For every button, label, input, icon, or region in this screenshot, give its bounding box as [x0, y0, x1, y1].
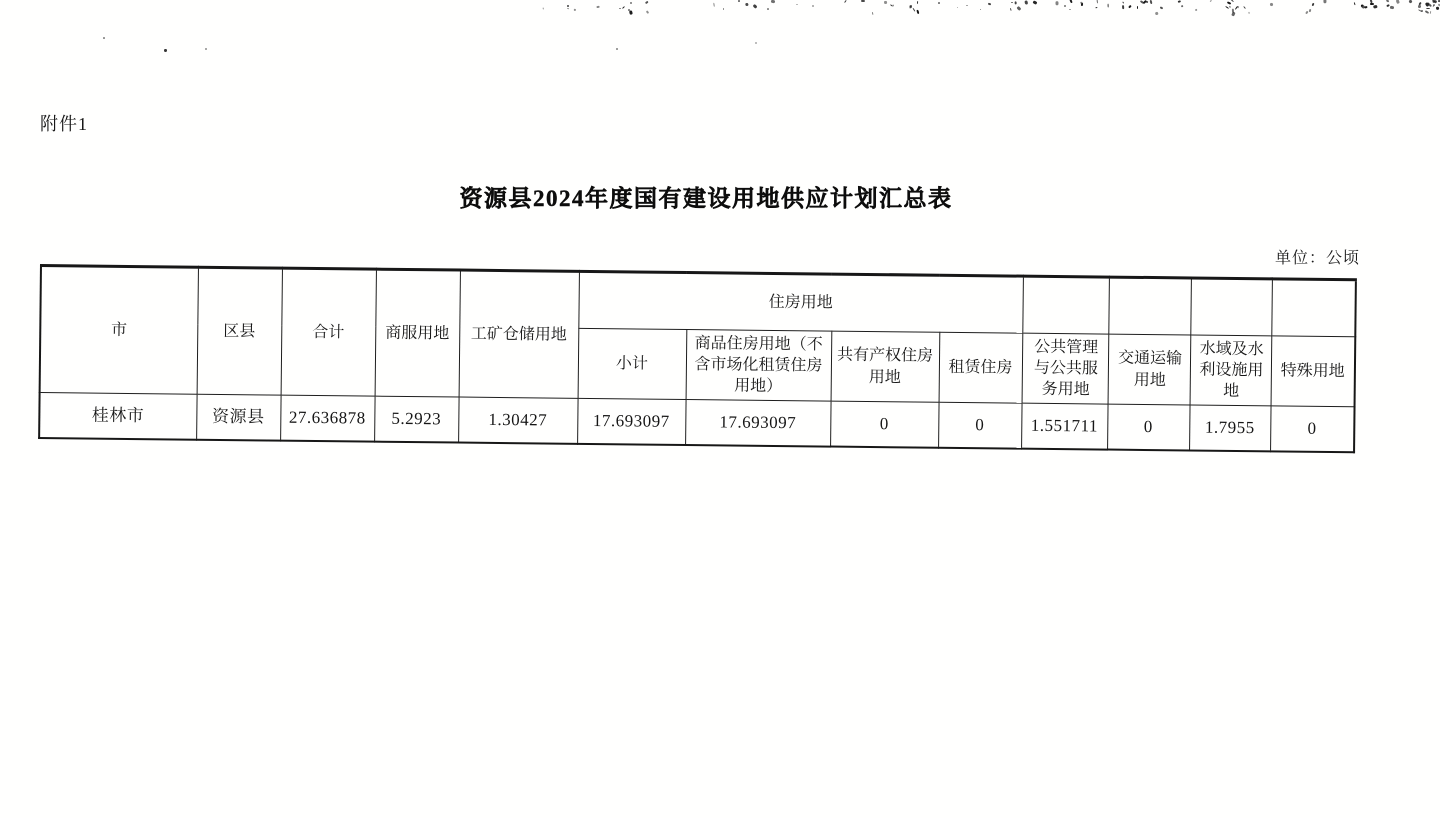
cell-county: 资源县 — [196, 394, 280, 440]
header-cell-empty-1 — [1022, 276, 1109, 334]
header-cell-transport: 交通运输用地 — [1108, 334, 1191, 405]
cell-city: 桂林市 — [39, 393, 196, 440]
cell-total: 27.636878 — [280, 395, 374, 441]
unit-label: 单位：公顷 — [1275, 245, 1360, 268]
header-cell-water: 水域及水利设施用地 — [1190, 335, 1272, 406]
cell-water: 1.7955 — [1189, 405, 1270, 451]
header-cell-county: 区县 — [197, 267, 282, 395]
header-group-housing: 住房用地 — [578, 271, 1023, 333]
cell-shared-ownership: 0 — [830, 401, 938, 447]
page-title: 资源县2024年度国有建设用地供应计划汇总表 — [0, 180, 1412, 213]
header-cell-commodity-housing: 商品住房用地（不含市场化租赁住房用地） — [686, 329, 832, 401]
header-cell-housing-subtotal: 小计 — [578, 328, 687, 399]
header-row-top: 市 区县 合计 商服用地 工矿仓储用地 住房用地 — [40, 266, 1356, 337]
header-cell-empty-4 — [1271, 279, 1356, 337]
cell-commodity-housing: 17.693097 — [685, 399, 830, 446]
scanned-page: 附件1 资源县2024年度国有建设用地供应计划汇总表 单位：公顷 市 区县 合计… — [0, 0, 1440, 818]
header-cell-empty-2 — [1108, 277, 1191, 335]
header-cell-total: 合计 — [281, 268, 376, 396]
cell-transport: 0 — [1107, 404, 1189, 450]
cell-rental-housing: 0 — [938, 402, 1021, 448]
header-cell-special: 特殊用地 — [1271, 336, 1356, 407]
land-supply-summary-table: 市 区县 合计 商服用地 工矿仓储用地 住房用地 小计 商品住房用地（不含市场化… — [38, 264, 1357, 453]
cell-special: 0 — [1270, 406, 1354, 452]
header-cell-commercial: 商服用地 — [375, 269, 460, 397]
header-cell-shared-ownership: 共有产权住房用地 — [831, 331, 940, 402]
header-cell-empty-3 — [1190, 278, 1272, 336]
cell-public-service: 1.551711 — [1021, 403, 1107, 449]
header-cell-city: 市 — [40, 266, 198, 395]
cell-industrial: 1.30427 — [458, 397, 577, 443]
cell-commercial: 5.2923 — [374, 396, 458, 442]
summary-table-wrap: 市 区县 合计 商服用地 工矿仓储用地 住房用地 小计 商品住房用地（不含市场化… — [38, 264, 1356, 453]
attachment-label: 附件1 — [40, 110, 88, 136]
cell-housing-subtotal: 17.693097 — [577, 398, 685, 444]
header-cell-public-service: 公共管理与公共服务用地 — [1022, 333, 1109, 404]
header-cell-industrial: 工矿仓储用地 — [459, 270, 579, 398]
header-cell-rental-housing: 租赁住房 — [939, 332, 1023, 403]
